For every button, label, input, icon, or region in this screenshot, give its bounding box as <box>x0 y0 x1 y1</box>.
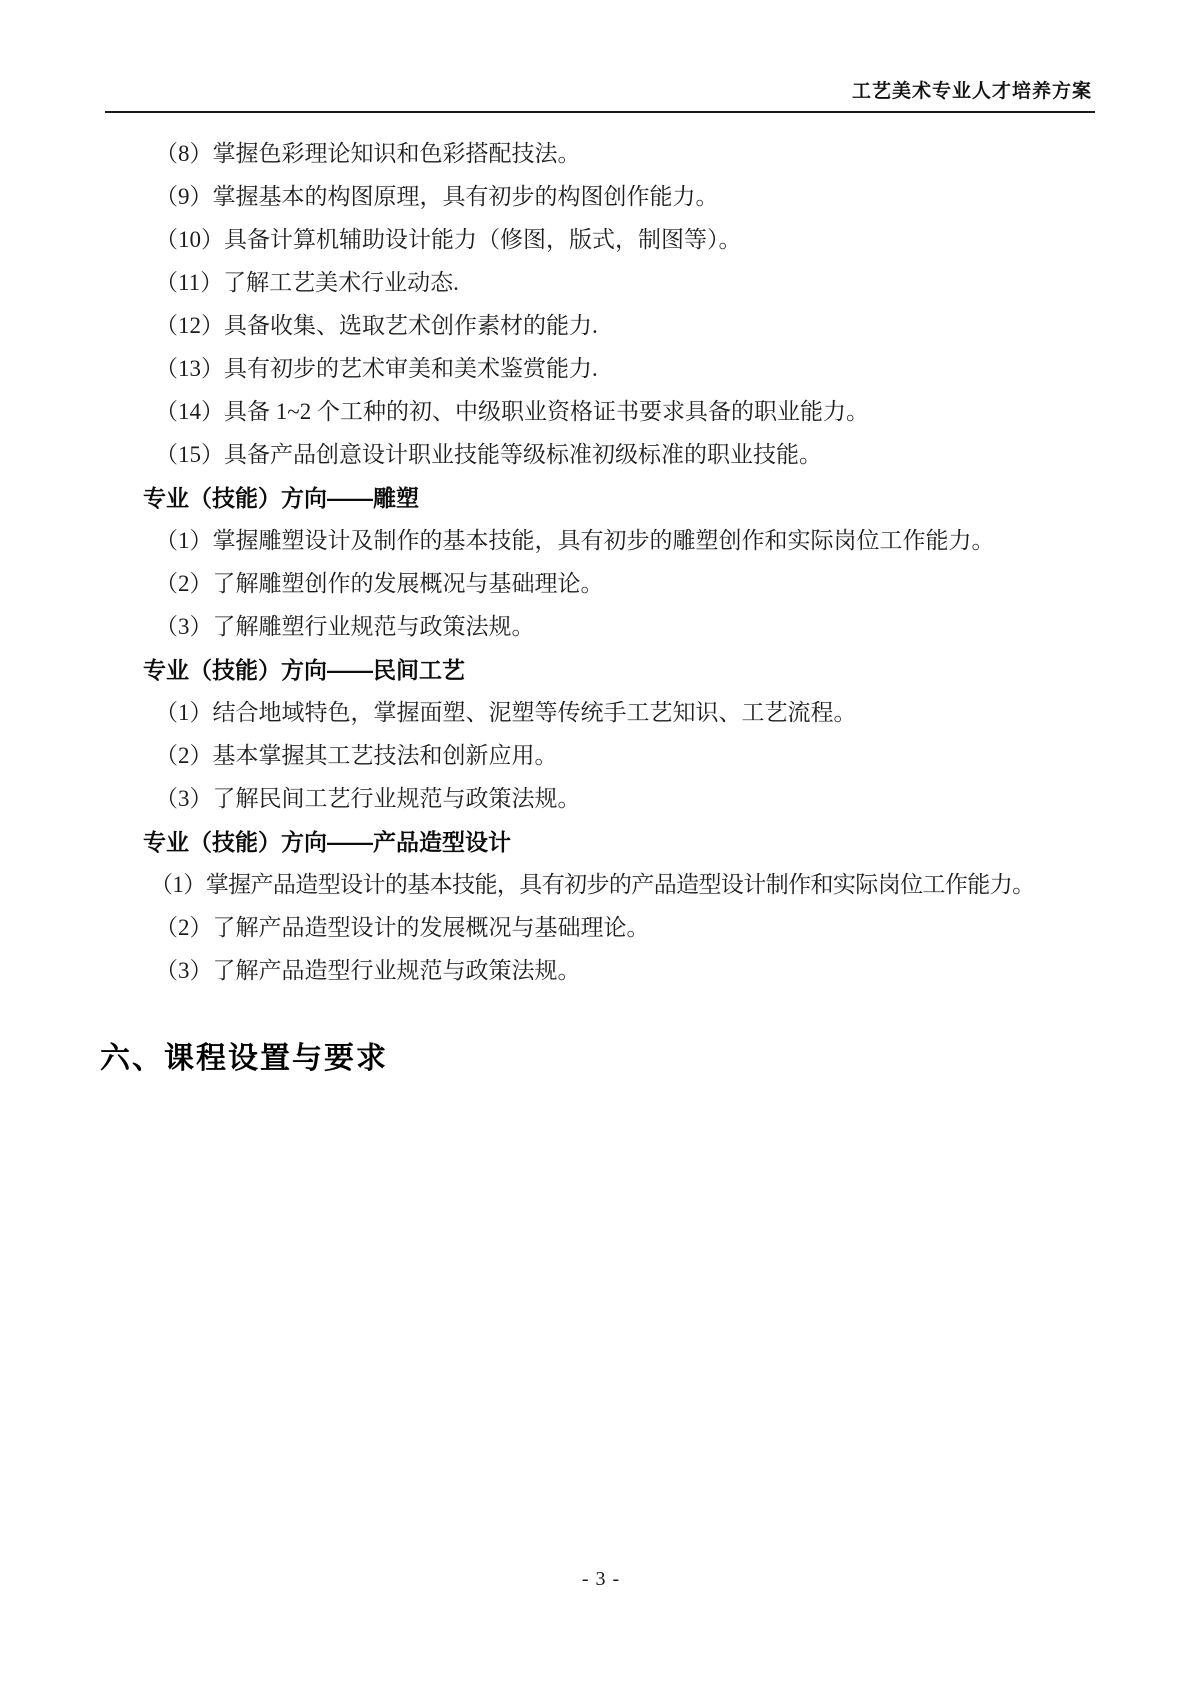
page-header: 工艺美术专业人才培养方案 <box>105 76 1092 103</box>
list-item: （11）了解工艺美术行业动态. <box>100 267 1102 299</box>
page-content: （8）掌握色彩理论知识和色彩搭配技法。 （9）掌握基本的构图原理，具有初步的构图… <box>100 138 1102 1079</box>
list-item: （2）了解产品造型设计的发展概况与基础理论。 <box>100 912 1102 944</box>
header-rule <box>105 111 1095 113</box>
list-item: （1）掌握雕塑设计及制作的基本技能，具有初步的雕塑创作和实际岗位工作能力。 <box>100 525 1102 557</box>
list-item: （9）掌握基本的构图原理，具有初步的构图创作能力。 <box>100 181 1102 213</box>
list-item: （8）掌握色彩理论知识和色彩搭配技法。 <box>100 138 1102 170</box>
page-footer: - 3 - <box>0 1568 1202 1591</box>
list-item: （15）具备产品创意设计职业技能等级标准初级标准的职业技能。 <box>100 439 1102 471</box>
section-heading-sculpture: 专业（技能）方向——雕塑 <box>100 482 1102 514</box>
page-number: - 3 - <box>582 1568 620 1590</box>
chapter-heading: 六、课程设置与要求 <box>100 1039 1102 1079</box>
list-item: （3）了解民间工艺行业规范与政策法规。 <box>100 783 1102 815</box>
list-item: （2）基本掌握其工艺技法和创新应用。 <box>100 740 1102 772</box>
list-item: （1）掌握产品造型设计的基本技能，具有初步的产品造型设计制作和实际岗位工作能力。 <box>100 869 1102 901</box>
list-item: （14）具备 1~2 个工种的初、中级职业资格证书要求具备的职业能力。 <box>100 396 1102 428</box>
document-page: 工艺美术专业人才培养方案 （8）掌握色彩理论知识和色彩搭配技法。 （9）掌握基本… <box>0 0 1202 1702</box>
section-heading-folk-craft: 专业（技能）方向——民间工艺 <box>100 654 1102 686</box>
list-item: （2）了解雕塑创作的发展概况与基础理论。 <box>100 568 1102 600</box>
list-item: （10）具备计算机辅助设计能力（修图，版式，制图等）。 <box>100 224 1102 256</box>
section-heading-product-design: 专业（技能）方向——产品造型设计 <box>100 826 1102 858</box>
list-item: （3）了解雕塑行业规范与政策法规。 <box>100 611 1102 643</box>
header-title: 工艺美术专业人才培养方案 <box>852 81 1092 102</box>
list-item: （13）具有初步的艺术审美和美术鉴赏能力. <box>100 353 1102 385</box>
list-item: （3）了解产品造型行业规范与政策法规。 <box>100 955 1102 987</box>
list-item: （12）具备收集、选取艺术创作素材的能力. <box>100 310 1102 342</box>
list-item: （1）结合地域特色，掌握面塑、泥塑等传统手工艺知识、工艺流程。 <box>100 697 1102 729</box>
